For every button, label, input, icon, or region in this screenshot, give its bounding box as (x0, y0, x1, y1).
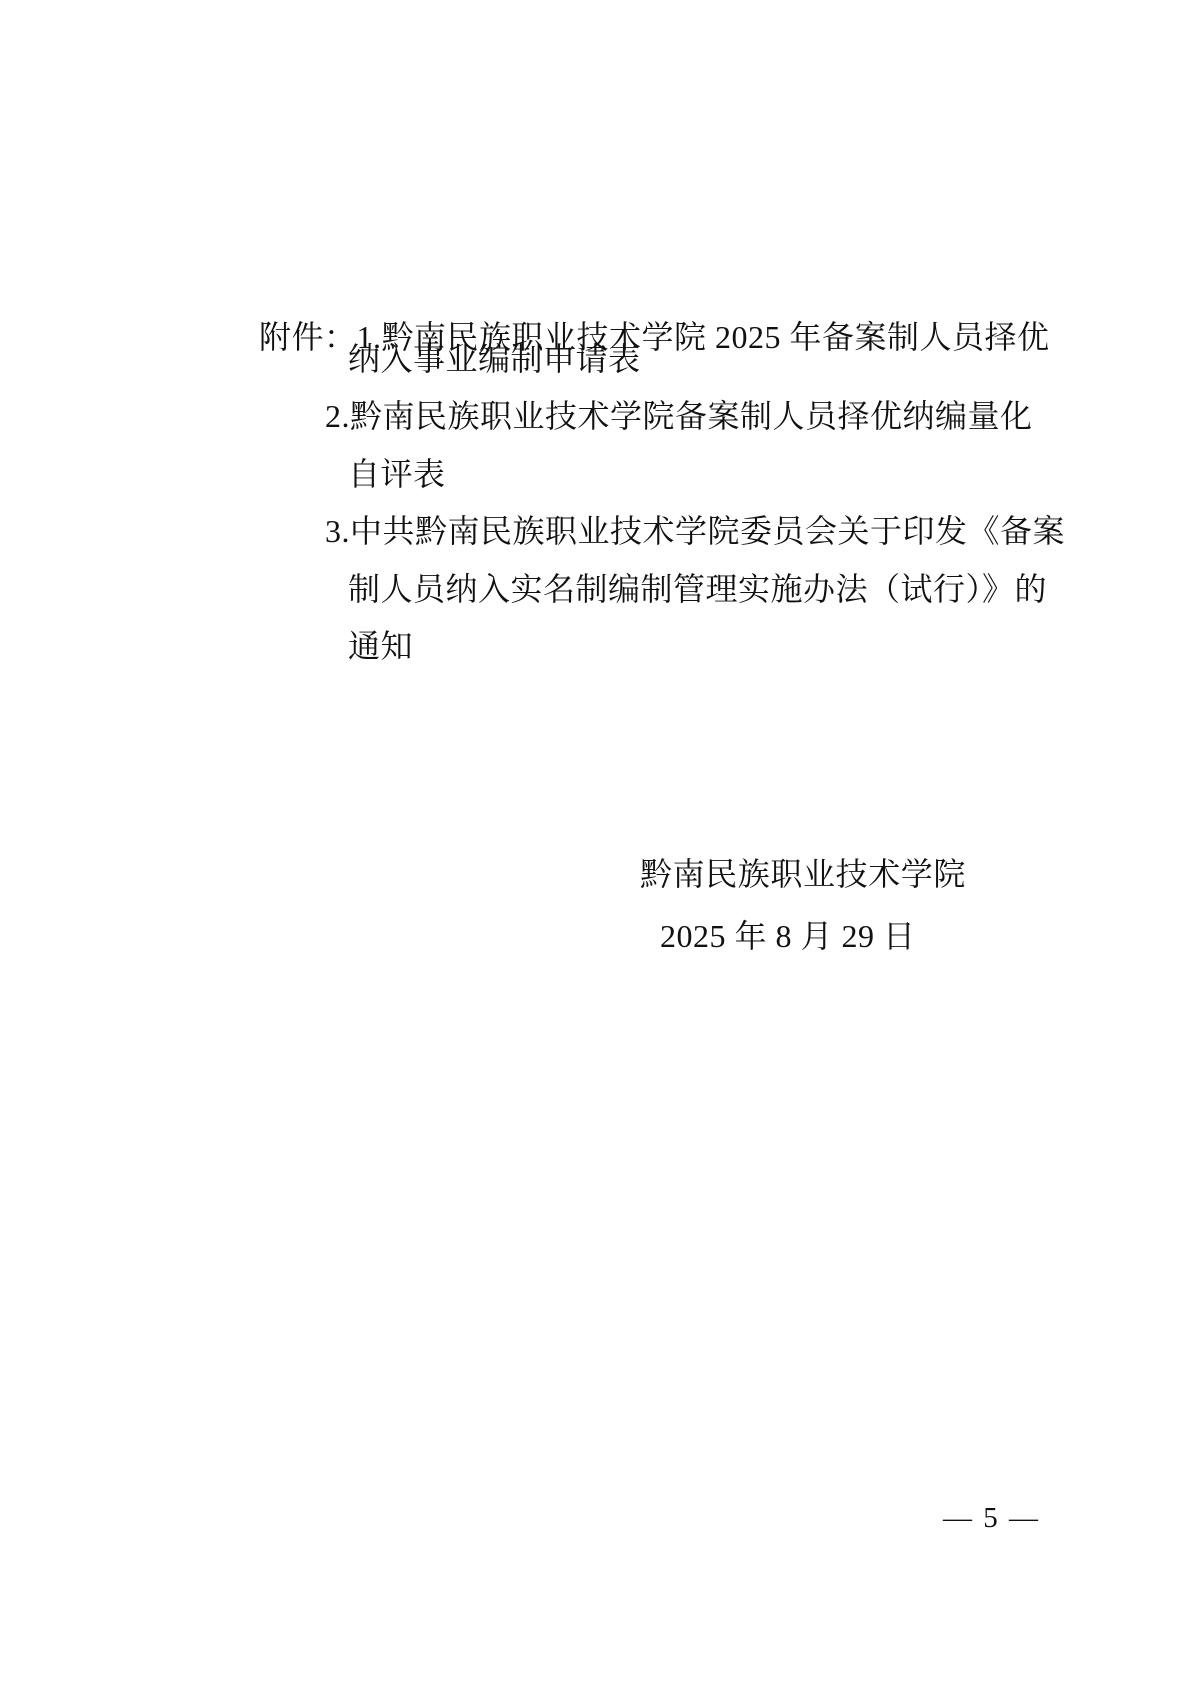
attachment-item-2-line-2: 自评表 (348, 456, 446, 492)
document-page: 附件：1.黔南民族职业技术学院 2025 年备案制人员择优 纳入事业编制申请表 … (0, 0, 1191, 1684)
attachment-item-2-line-1: 2.黔南民族职业技术学院备案制人员择优纳编量化 (325, 398, 1033, 434)
attachment-item-3-line-3: 通知 (348, 628, 413, 664)
attachment-item-3-line-1: 3.中共黔南民族职业技术学院委员会关于印发《备案 (325, 513, 1065, 549)
signature-organization: 黔南民族职业技术学院 (640, 856, 966, 892)
attachment-label: 附件： (259, 319, 357, 355)
attachment-item-1-line-2: 纳入事业编制申请表 (348, 341, 641, 377)
page-number: — 5 — (943, 1502, 1040, 1534)
attachment-item-3-line-2: 制人员纳入实名制编制管理实施办法（试行）》的 (348, 571, 1047, 607)
signature-date: 2025 年 8 月 29 日 (660, 918, 916, 954)
